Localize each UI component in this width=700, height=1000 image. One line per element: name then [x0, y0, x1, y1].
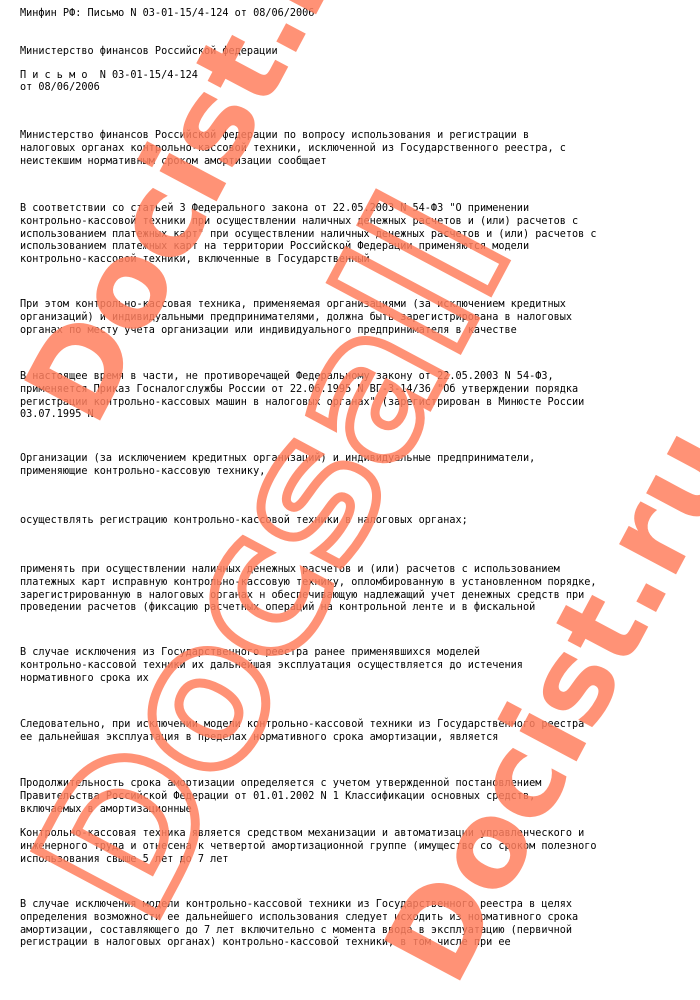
paragraph-line: контрольно-кассовой техники, включенные …	[20, 254, 370, 267]
paragraph-line: использованием платежных карт" при осуще…	[20, 229, 597, 242]
paragraph-line: регистрации в налоговых органах) контрол…	[20, 937, 511, 950]
paragraph-line: 03.07.1995 N	[20, 409, 94, 422]
paragraph-line: осуществлять регистрацию контрольно-касс…	[20, 515, 468, 528]
paragraph-line: включаемых в амортизационные	[20, 804, 192, 817]
paragraph-line: неистекшим нормативным сроком амортизаци…	[20, 156, 327, 169]
paragraph-line: В соответствии со статьей 3 Федерального…	[20, 203, 529, 216]
paragraph-line: органах по месту учета организации или и…	[20, 325, 517, 338]
paragraph-line: контрольно-кассовой техники их дальнейша…	[20, 660, 523, 673]
document-header-title: Минфин РФ: Письмо N 03-01-15/4-124 от 08…	[20, 8, 314, 21]
paragraph-line: Следовательно, при исключении модели кон…	[20, 719, 584, 732]
paragraph-line: В случае исключения из Государственного …	[20, 647, 480, 660]
paragraph-line: регистрации контрольно-кассовых машин в …	[20, 397, 584, 410]
paragraph-line: В случае исключения модели контрольно-ка…	[20, 899, 572, 912]
paragraph-line: применяющие контрольно-кассовую технику,	[20, 466, 265, 479]
paragraph-line: При этом контрольно-кассовая техника, пр…	[20, 299, 566, 312]
letter-number: П и с ь м о N 03-01-15/4-124	[20, 70, 198, 83]
paragraph-line: Продолжительность срока амортизации опре…	[20, 778, 541, 791]
paragraph-line: применять при осуществлении наличных ден…	[20, 564, 560, 577]
paragraph-line: В настоящее время в части, не противореч…	[20, 371, 554, 384]
paragraph-line: платежных карт исправную контрольно-касс…	[20, 577, 597, 590]
paragraph-line: Правительства Российской Федерации от 01…	[20, 791, 535, 804]
paragraph-line: Организации (за исключением кредитных ор…	[20, 453, 535, 466]
paragraph-line: использованием платежных карт на террито…	[20, 241, 529, 254]
letter-date: от 08/06/2006	[20, 82, 100, 95]
paragraph-line: Министерство финансов Российской федерац…	[20, 130, 529, 143]
paragraph-line: инженерного труда и отнесена к четвертой…	[20, 841, 597, 854]
paragraph-line: определения возможности ее дальнейшего и…	[20, 912, 578, 925]
paragraph-line: нормативного срока их	[20, 673, 149, 686]
paragraph-line: проведении расчетов (фиксацию расчетных …	[20, 602, 535, 615]
issuer-name: Министерство финансов Российской федерац…	[20, 46, 278, 59]
paragraph-line: применяется Приказ Госналогслужбы России…	[20, 384, 578, 397]
paragraph-line: ее дальнейшая эксплуатация в пределах но…	[20, 732, 498, 745]
document-body: Минфин РФ: Письмо N 03-01-15/4-124 от 08…	[0, 0, 700, 1000]
paragraph-line: амортизации, составляющего до 7 лет вклю…	[20, 925, 572, 938]
paragraph-line: зарегистрированную в налоговых органах н…	[20, 590, 584, 603]
paragraph-line: налоговых органах контрольно-кассовой те…	[20, 143, 566, 156]
paragraph-line: организаций) и индивидуальными предприни…	[20, 312, 572, 325]
paragraph-line: Контрольно-кассовая техника является сре…	[20, 828, 584, 841]
paragraph-line: использования свыше 5 лет до 7 лет	[20, 854, 229, 867]
paragraph-line: контрольно-кассовой техники при осуществ…	[20, 216, 578, 229]
